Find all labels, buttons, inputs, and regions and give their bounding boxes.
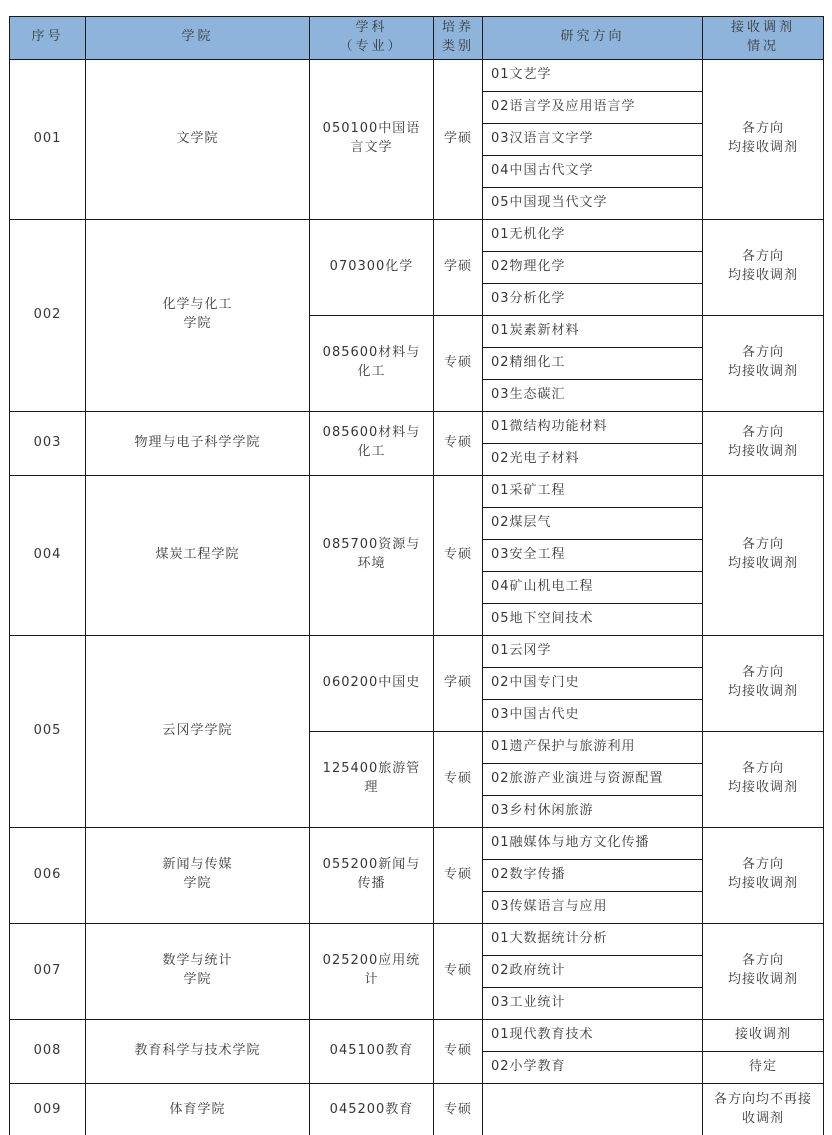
direction-cell: 02数字传播 bbox=[483, 859, 703, 891]
table-row: 003 物理与电子科学学院 085600材料与 化工 专硕 01微结构功能材料 … bbox=[10, 411, 824, 443]
category-cell: 专硕 bbox=[434, 731, 483, 827]
no-cell: 005 bbox=[10, 635, 86, 827]
table-row: 005 云冈学学院 060200中国史 学硕 01云冈学 各方向 均接收调剂 bbox=[10, 635, 824, 667]
acceptance-cell: 各方向 均接收调剂 bbox=[703, 315, 824, 411]
no-cell: 001 bbox=[10, 59, 86, 219]
direction-cell: 01遗产保护与旅游利用 bbox=[483, 731, 703, 763]
discipline-cell: 050100中国语 言文学 bbox=[310, 59, 434, 219]
discipline-cell: 060200中国史 bbox=[310, 635, 434, 731]
category-cell: 学硕 bbox=[434, 635, 483, 731]
discipline-cell: 045200教育 bbox=[310, 1083, 434, 1135]
col-header-acceptance: 接收调剂 情况 bbox=[703, 17, 824, 60]
direction-cell: 02光电子材料 bbox=[483, 443, 703, 475]
direction-cell: 01炭素新材料 bbox=[483, 315, 703, 347]
category-cell: 专硕 bbox=[434, 923, 483, 1019]
discipline-cell: 085600材料与 化工 bbox=[310, 315, 434, 411]
col-header-category: 培养 类别 bbox=[434, 17, 483, 60]
discipline-cell: 125400旅游管 理 bbox=[310, 731, 434, 827]
direction-cell: 02物理化学 bbox=[483, 251, 703, 283]
table-row: 009 体育学院 045200教育 专硕 各方向均不再接 收调剂 bbox=[10, 1083, 824, 1135]
table-row: 008 教育科学与技术学院 045100教育 专硕 01现代教育技术 接收调剂 bbox=[10, 1019, 824, 1051]
no-cell: 008 bbox=[10, 1019, 86, 1083]
direction-cell bbox=[483, 1083, 703, 1135]
col-header-direction: 研究方向 bbox=[483, 17, 703, 60]
direction-cell: 05中国现当代文学 bbox=[483, 187, 703, 219]
acceptance-cell: 各方向 均接收调剂 bbox=[703, 827, 824, 923]
direction-cell: 02语言学及应用语言学 bbox=[483, 91, 703, 123]
acceptance-cell: 接收调剂 bbox=[703, 1019, 824, 1051]
direction-cell: 01微结构功能材料 bbox=[483, 411, 703, 443]
college-cell: 云冈学学院 bbox=[86, 635, 310, 827]
direction-cell: 02中国专门史 bbox=[483, 667, 703, 699]
direction-cell: 03生态碳汇 bbox=[483, 379, 703, 411]
acceptance-cell: 各方向 均接收调剂 bbox=[703, 731, 824, 827]
discipline-cell: 085700资源与 环境 bbox=[310, 475, 434, 635]
direction-cell: 01云冈学 bbox=[483, 635, 703, 667]
acceptance-cell: 各方向 均接收调剂 bbox=[703, 923, 824, 1019]
category-cell: 专硕 bbox=[434, 1083, 483, 1135]
direction-cell: 02精细化工 bbox=[483, 347, 703, 379]
direction-cell: 02旅游产业演进与资源配置 bbox=[483, 763, 703, 795]
category-cell: 专硕 bbox=[434, 411, 483, 475]
direction-cell: 04矿山机电工程 bbox=[483, 571, 703, 603]
col-header-no: 序号 bbox=[10, 17, 86, 60]
transfer-acceptance-table: 序号 学院 学科 （专业） 培养 类别 研究方向 接收调剂 情况 001 文学院… bbox=[9, 16, 824, 1135]
discipline-cell: 070300化学 bbox=[310, 219, 434, 315]
college-cell: 物理与电子科学学院 bbox=[86, 411, 310, 475]
discipline-cell: 025200应用统 计 bbox=[310, 923, 434, 1019]
direction-cell: 01大数据统计分析 bbox=[483, 923, 703, 955]
table-row: 006 新闻与传媒 学院 055200新闻与 传播 专硕 01融媒体与地方文化传… bbox=[10, 827, 824, 859]
direction-cell: 02煤层气 bbox=[483, 507, 703, 539]
category-cell: 学硕 bbox=[434, 219, 483, 315]
direction-cell: 03传媒语言与应用 bbox=[483, 891, 703, 923]
table-row: 004 煤炭工程学院 085700资源与 环境 专硕 01采矿工程 各方向 均接… bbox=[10, 475, 824, 507]
direction-cell: 02政府统计 bbox=[483, 955, 703, 987]
acceptance-cell: 各方向均不再接 收调剂 bbox=[703, 1083, 824, 1135]
acceptance-cell: 各方向 均接收调剂 bbox=[703, 411, 824, 475]
college-cell: 化学与化工 学院 bbox=[86, 219, 310, 411]
college-cell: 教育科学与技术学院 bbox=[86, 1019, 310, 1083]
discipline-cell: 045100教育 bbox=[310, 1019, 434, 1083]
college-cell: 数学与统计 学院 bbox=[86, 923, 310, 1019]
acceptance-cell: 各方向 均接收调剂 bbox=[703, 219, 824, 315]
direction-cell: 03工业统计 bbox=[483, 987, 703, 1019]
acceptance-cell: 各方向 均接收调剂 bbox=[703, 475, 824, 635]
category-cell: 学硕 bbox=[434, 59, 483, 219]
direction-cell: 05地下空间技术 bbox=[483, 603, 703, 635]
direction-cell: 04中国古代文学 bbox=[483, 155, 703, 187]
table-row: 001 文学院 050100中国语 言文学 学硕 01文艺学 各方向 均接收调剂 bbox=[10, 59, 824, 91]
acceptance-cell: 各方向 均接收调剂 bbox=[703, 59, 824, 219]
discipline-cell: 055200新闻与 传播 bbox=[310, 827, 434, 923]
no-cell: 006 bbox=[10, 827, 86, 923]
direction-cell: 01现代教育技术 bbox=[483, 1019, 703, 1051]
no-cell: 007 bbox=[10, 923, 86, 1019]
table-row: 007 数学与统计 学院 025200应用统 计 专硕 01大数据统计分析 各方… bbox=[10, 923, 824, 955]
acceptance-cell: 待定 bbox=[703, 1051, 824, 1083]
direction-cell: 01融媒体与地方文化传播 bbox=[483, 827, 703, 859]
college-cell: 新闻与传媒 学院 bbox=[86, 827, 310, 923]
no-cell: 009 bbox=[10, 1083, 86, 1135]
college-cell: 体育学院 bbox=[86, 1083, 310, 1135]
no-cell: 003 bbox=[10, 411, 86, 475]
direction-cell: 03中国古代史 bbox=[483, 699, 703, 731]
direction-cell: 02小学教育 bbox=[483, 1051, 703, 1083]
category-cell: 专硕 bbox=[434, 1019, 483, 1083]
college-cell: 文学院 bbox=[86, 59, 310, 219]
direction-cell: 01无机化学 bbox=[483, 219, 703, 251]
direction-cell: 03分析化学 bbox=[483, 283, 703, 315]
direction-cell: 03乡村休闲旅游 bbox=[483, 795, 703, 827]
category-cell: 专硕 bbox=[434, 475, 483, 635]
no-cell: 004 bbox=[10, 475, 86, 635]
direction-cell: 01文艺学 bbox=[483, 59, 703, 91]
category-cell: 专硕 bbox=[434, 827, 483, 923]
no-cell: 002 bbox=[10, 219, 86, 411]
col-header-college: 学院 bbox=[86, 17, 310, 60]
discipline-cell: 085600材料与 化工 bbox=[310, 411, 434, 475]
direction-cell: 03安全工程 bbox=[483, 539, 703, 571]
page: 序号 学院 学科 （专业） 培养 类别 研究方向 接收调剂 情况 001 文学院… bbox=[0, 0, 832, 1135]
college-cell: 煤炭工程学院 bbox=[86, 475, 310, 635]
table-header-row: 序号 学院 学科 （专业） 培养 类别 研究方向 接收调剂 情况 bbox=[10, 17, 824, 60]
category-cell: 专硕 bbox=[434, 315, 483, 411]
col-header-discipline: 学科 （专业） bbox=[310, 17, 434, 60]
direction-cell: 03汉语言文字学 bbox=[483, 123, 703, 155]
table-row: 002 化学与化工 学院 070300化学 学硕 01无机化学 各方向 均接收调… bbox=[10, 219, 824, 251]
direction-cell: 01采矿工程 bbox=[483, 475, 703, 507]
acceptance-cell: 各方向 均接收调剂 bbox=[703, 635, 824, 731]
